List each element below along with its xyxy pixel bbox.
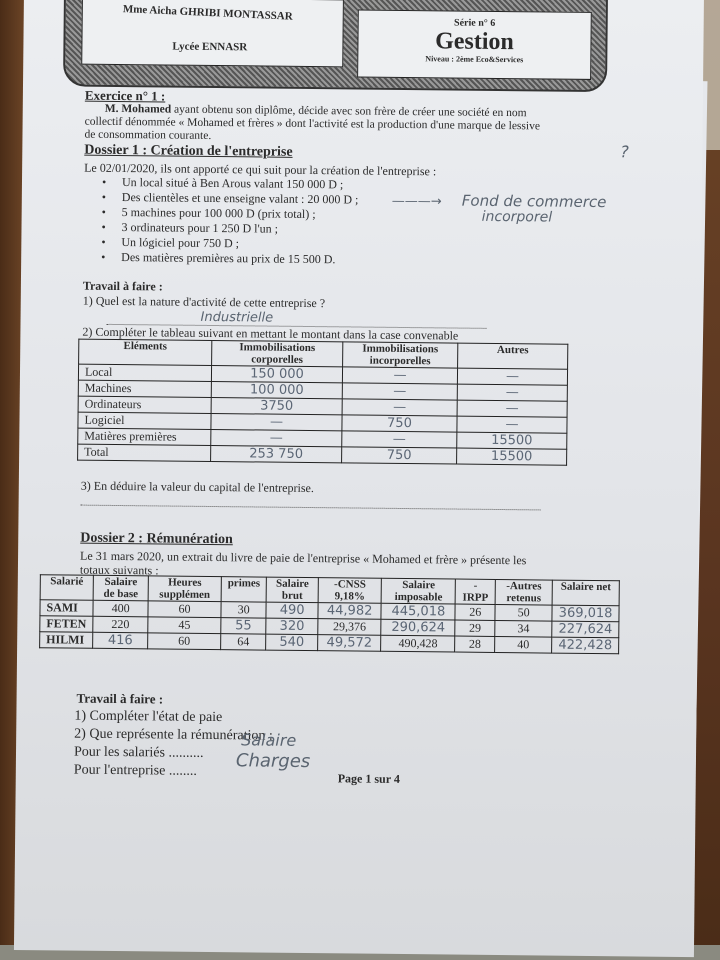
cell-value[interactable]: 750 — [342, 415, 457, 432]
cell-value[interactable]: — — [342, 399, 457, 416]
question-1: 1) Quel est la nature d'activité de cett… — [83, 294, 326, 312]
answer-line-3[interactable] — [81, 505, 541, 511]
cell-value[interactable]: 750 — [342, 447, 457, 464]
cell-value[interactable]: 490 — [266, 602, 318, 619]
cell-value[interactable]: 422,428 — [552, 637, 619, 654]
cell-value: 400 — [93, 600, 148, 617]
payroll-table: Salarié Salaire de base Heures supplémen… — [39, 574, 620, 654]
cell-value[interactable]: — — [457, 368, 567, 385]
cell-label: Ordinateurs — [78, 396, 211, 413]
header-left-box: Mme Aicha GHRIBI MONTASSAR Lycée ENNASR — [81, 0, 344, 67]
cell-value: 28 — [455, 636, 495, 652]
cell-value[interactable]: 540 — [266, 634, 318, 651]
annotation-arrow: ———→ — [392, 194, 442, 210]
cell-value: 60 — [148, 633, 221, 650]
col-salaire-brut: Salaire brut — [266, 577, 318, 603]
work-title-1: Travail à faire : — [83, 279, 163, 295]
employee-name: FETEN — [40, 616, 93, 633]
cell-value[interactable]: 49,572 — [318, 635, 381, 652]
cell-value[interactable]: 15500 — [457, 432, 567, 449]
assets-table: Eléments Immobilisations corporelles Imm… — [77, 339, 568, 466]
subject-title: Gestion — [358, 28, 590, 56]
cell-value: 220 — [93, 616, 148, 633]
cell-label: Matières premières — [78, 428, 211, 445]
cell-label: Machines — [78, 380, 211, 397]
cell-value[interactable]: — — [457, 400, 567, 417]
question-mark-note: ? — [620, 142, 629, 161]
cell-value: 50 — [495, 604, 552, 621]
question-3: 3) En déduire la valeur du capital de l'… — [81, 479, 314, 496]
cell-value[interactable]: — — [457, 416, 567, 433]
school-name: Lycée ENNASR — [172, 41, 247, 54]
cell-value[interactable]: — — [342, 431, 457, 448]
cell-value[interactable]: 416 — [93, 632, 148, 649]
employee-name: SAMI — [40, 600, 93, 617]
teacher-name: Mme Aicha GHRIBI MONTASSAR — [123, 3, 293, 23]
question-d2-1: 1) Compléter l'état de paie — [74, 709, 222, 727]
list-item: Des matières premières au prix de 15 500… — [121, 250, 335, 267]
col-autres: Autres — [458, 343, 568, 369]
cell-value[interactable]: 227,624 — [552, 621, 619, 638]
cell-value: 29 — [455, 620, 495, 636]
label-pour-salaries: Pour les salariés .......... — [74, 745, 204, 762]
col-elements: Eléments — [79, 339, 212, 365]
cell-value[interactable]: — — [342, 383, 457, 400]
cell-value[interactable]: 445,018 — [381, 603, 455, 620]
col-salaire-imposable: Salaire imposable — [381, 578, 455, 604]
dossier1-title: Dossier 1 : Création de l'entreprise — [84, 143, 292, 161]
cell-value: 34 — [495, 620, 552, 637]
answer-salaries[interactable]: Salaire — [241, 730, 296, 750]
col-salaire-net: Salaire net — [552, 580, 619, 606]
cell-value: 60 — [148, 601, 221, 618]
cell-value[interactable]: — — [211, 413, 342, 430]
cell-value: 45 — [148, 617, 221, 634]
cell-value[interactable]: — — [211, 429, 342, 446]
col-cnss: -CNSS 9,18% — [318, 578, 382, 604]
cell-value[interactable]: 15500 — [457, 448, 567, 465]
header-right-box: Série n° 6 Gestion Niveau : 2ème Eco&Ser… — [357, 9, 592, 79]
col-heures-sup: Heures supplémen — [148, 576, 221, 602]
cell-value[interactable]: 369,018 — [552, 605, 619, 622]
cell-value[interactable]: 290,624 — [381, 619, 455, 636]
cell-value[interactable]: — — [342, 367, 457, 384]
cell-value[interactable]: — — [457, 384, 567, 401]
col-salaire-base: Salaire de base — [93, 575, 148, 601]
label-pour-entreprise: Pour l'entreprise ........ — [74, 763, 197, 780]
list-item: 3 ordinateurs pour 1 250 D l'un ; — [121, 220, 278, 237]
cell-value: 26 — [455, 604, 495, 620]
intro-name: M. Mohamed — [105, 103, 172, 116]
cell-label: Local — [78, 364, 211, 381]
answer-1[interactable]: Industrielle — [201, 310, 274, 326]
annotation-incorporel: incorporel — [482, 209, 553, 226]
cell-value[interactable]: 44,982 — [318, 603, 381, 620]
col-salarie: Salarié — [40, 575, 93, 601]
dossier2-title: Dossier 2 : Rémunération — [80, 531, 233, 549]
list-item: Un lógiciel pour 750 D ; — [121, 235, 239, 251]
cell-label: Logiciel — [78, 412, 211, 429]
employee-name: HILMI — [40, 632, 93, 649]
level-label: Niveau : 2ème Eco&Services — [358, 54, 590, 65]
col-corporelles: Immobilisations corporelles — [212, 340, 343, 366]
cell-value: 490,428 — [381, 635, 455, 652]
work-title-2: Travail à faire : — [76, 691, 163, 708]
col-incorporelles: Immobilisations incorporelles — [343, 342, 458, 368]
cell-value: 30 — [221, 602, 267, 618]
cell-value[interactable]: 3750 — [211, 397, 342, 414]
cell-label: Total — [78, 444, 211, 461]
exercise-title: Exercice n° 1 : — [85, 88, 166, 105]
intro-line-3: de consommation courante. — [84, 129, 211, 142]
cell-value[interactable]: 150 000 — [211, 365, 342, 382]
col-autres-retenus: -Autres retenus — [495, 579, 552, 605]
cell-value[interactable]: 100 000 — [211, 381, 342, 398]
exam-sheet: Mme Aicha GHRIBI MONTASSAR Lycée ENNASR … — [14, 0, 704, 957]
cell-value[interactable]: 320 — [266, 618, 318, 635]
cell-value[interactable]: 55 — [221, 618, 267, 634]
col-irpp: -IRPP — [456, 579, 496, 604]
page-number: Page 1 sur 4 — [338, 771, 400, 787]
cell-value: 29,376 — [318, 619, 381, 636]
cell-value: 64 — [221, 634, 267, 650]
cell-value[interactable]: 253 750 — [211, 445, 342, 462]
cell-value: 40 — [495, 636, 552, 653]
answer-entreprise[interactable]: Charges — [236, 750, 311, 772]
col-primes: primes — [221, 577, 267, 602]
header-frame: Mme Aicha GHRIBI MONTASSAR Lycée ENNASR … — [63, 0, 608, 92]
